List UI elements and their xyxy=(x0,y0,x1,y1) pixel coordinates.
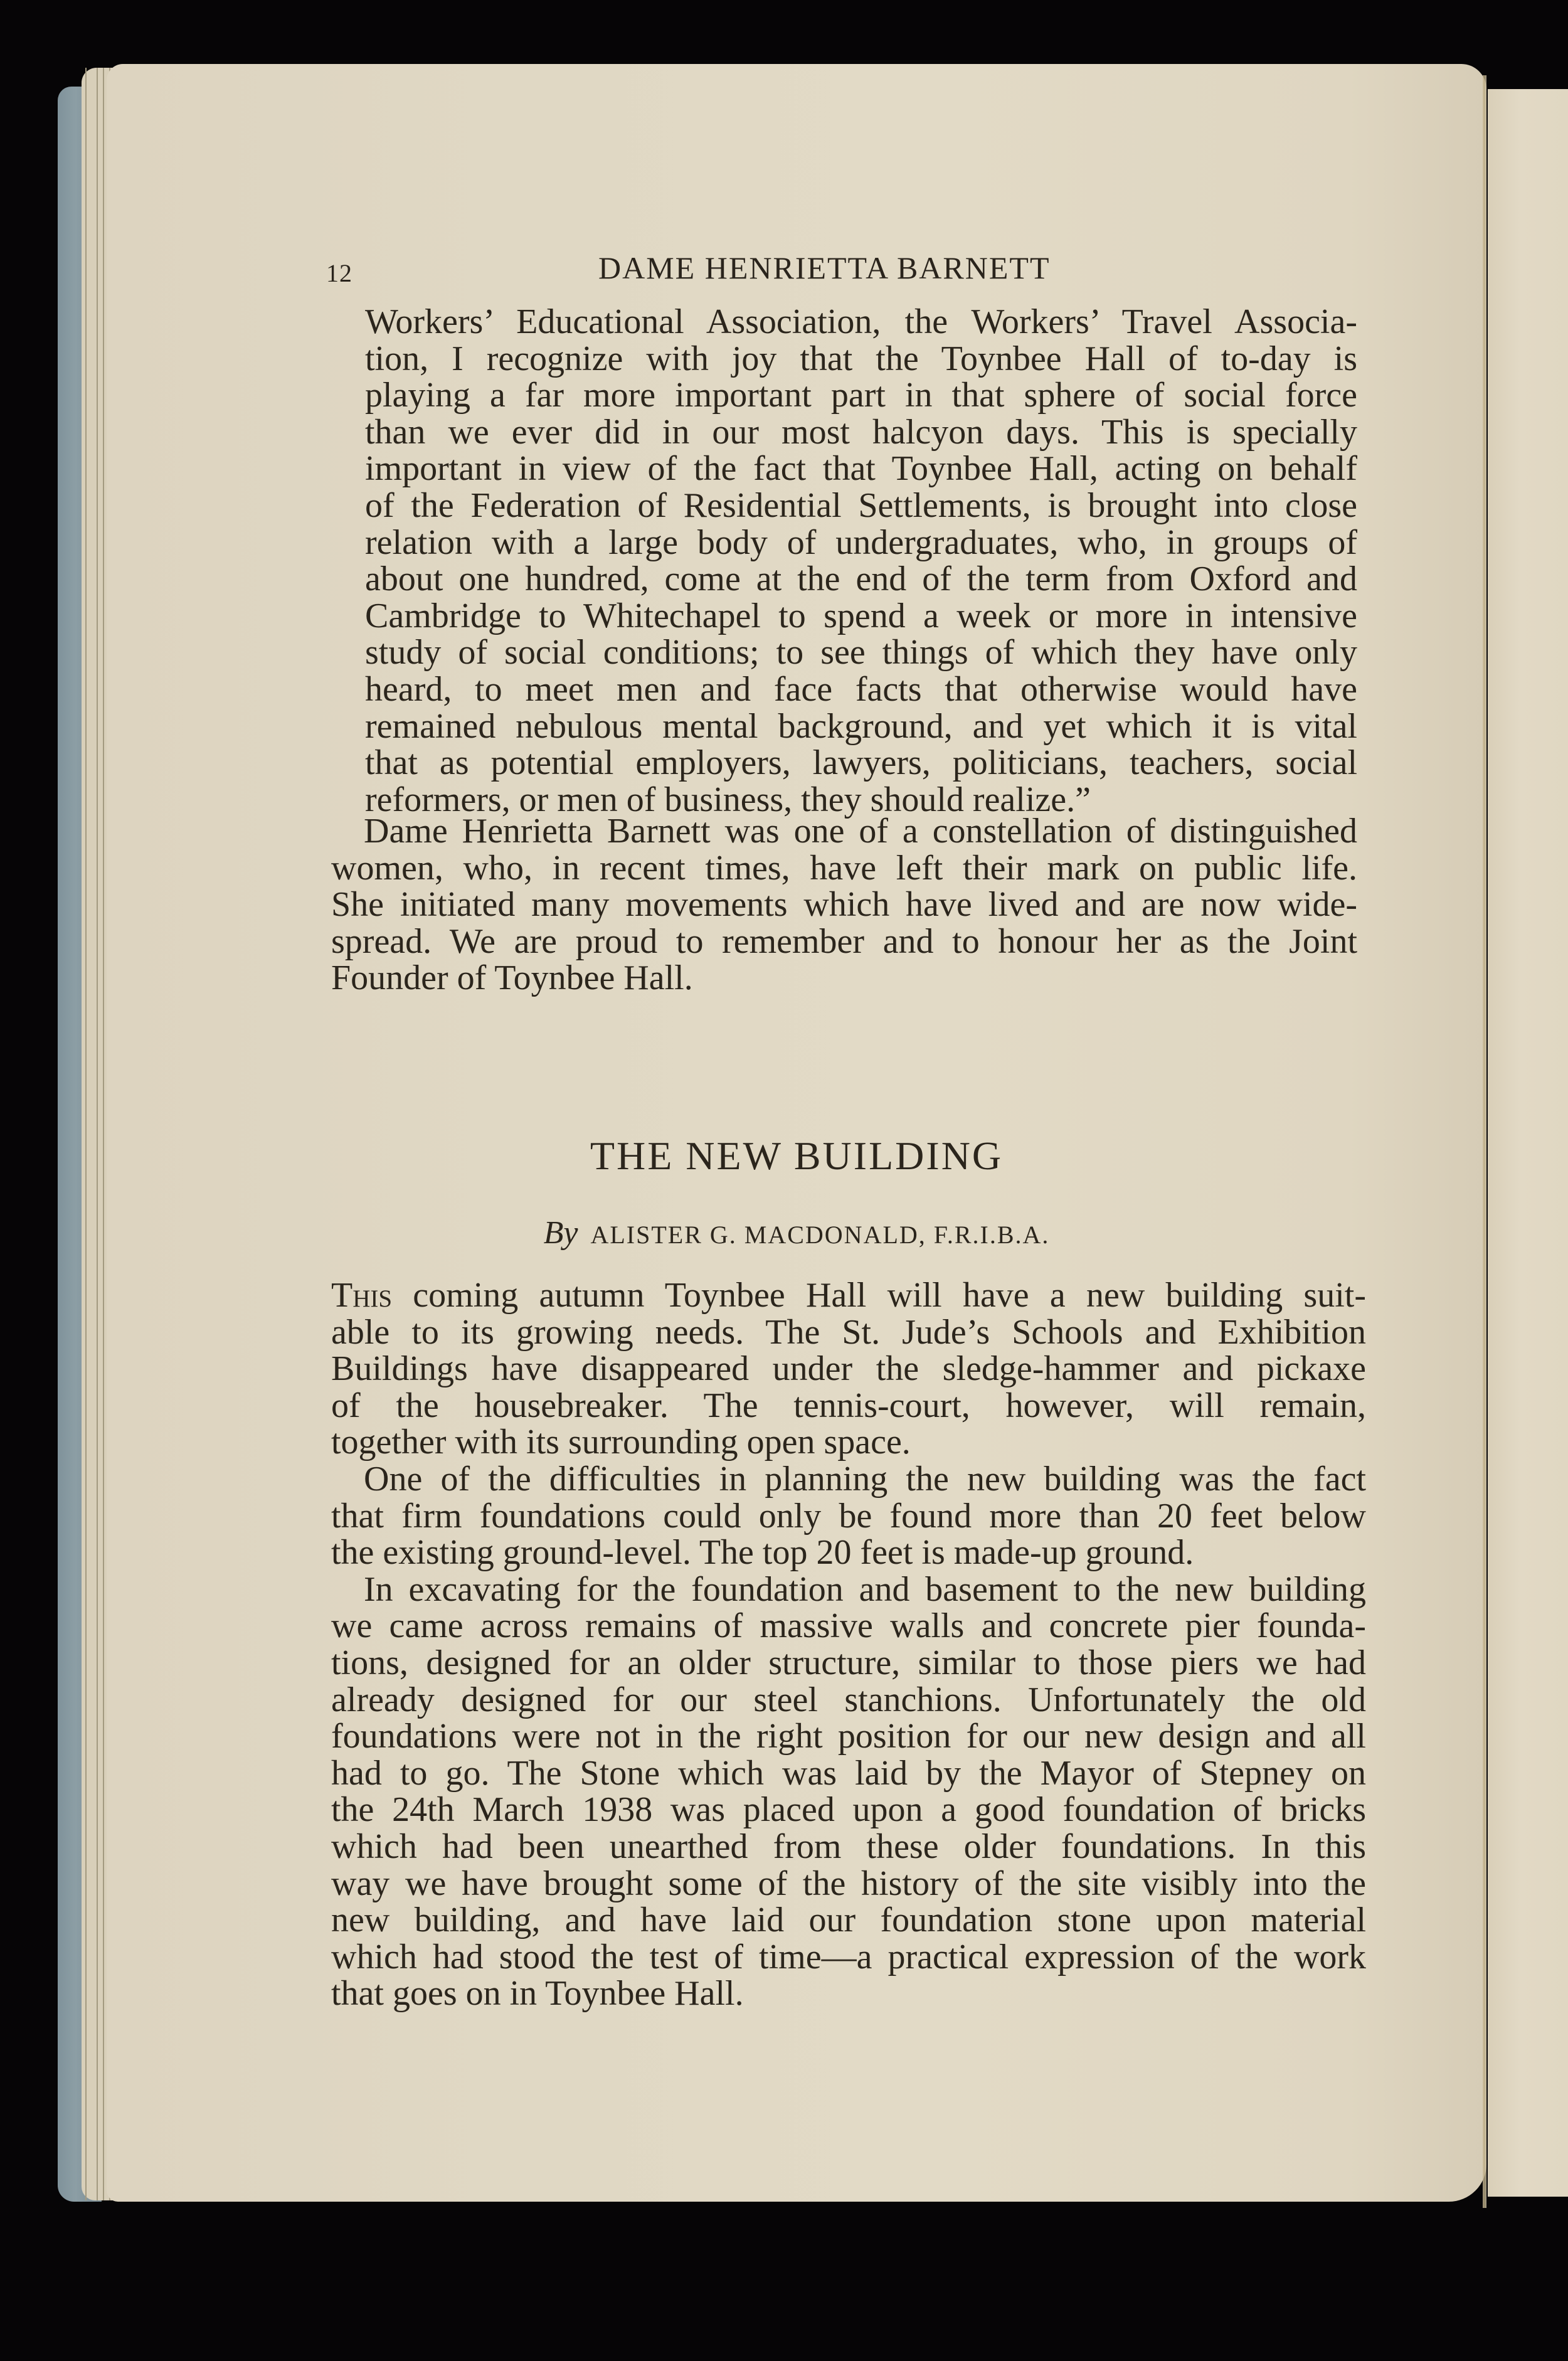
text-line: important in view of the fact that Toynb… xyxy=(365,450,1357,487)
text-line: new building, and have laid our foundati… xyxy=(331,1902,1366,1939)
text-line: women, who, in recent times, have left t… xyxy=(331,850,1357,887)
text-line: relation with a large body of undergradu… xyxy=(365,524,1357,561)
byline-author: ALISTER G. MACDONALD, F.R.I.B.A. xyxy=(590,1221,1049,1249)
text-line: than we ever did in our most halcyon day… xyxy=(365,414,1357,451)
running-head-title: DAME HENRIETTA BARNETT xyxy=(598,250,1051,286)
text-line: foundations were not in the right positi… xyxy=(331,1718,1366,1755)
text-line: Founder of Toynbee Hall. xyxy=(331,960,1357,997)
text-line: had to go. The Stone which was laid by t… xyxy=(331,1755,1366,1792)
text-line: way we have brought some of the history … xyxy=(331,1865,1366,1902)
lead-word: This xyxy=(331,1276,392,1315)
article-body: This coming autumn Toynbee Hall will hav… xyxy=(331,1277,1366,2012)
text-line: One of the difficulties in planning the … xyxy=(331,1461,1366,1498)
article-title: THE NEW BUILDING xyxy=(0,1133,1568,1179)
text-line: that goes on in Toynbee Hall. xyxy=(331,1975,1366,2012)
text-line: Cambridge to Whitechapel to spend a week… xyxy=(365,598,1357,635)
text-line: the 24th March 1938 was placed upon a go… xyxy=(331,1791,1366,1828)
text-line: which had been unearthed from these olde… xyxy=(331,1828,1366,1865)
continued-quote-paragraph: Workers’ Educational Association, the Wo… xyxy=(365,304,1357,818)
text-line: Buildings have disappeared under the sle… xyxy=(331,1350,1366,1387)
text-line: already designed for our steel stanchion… xyxy=(331,1682,1366,1719)
text-line: study of social conditions; to see thing… xyxy=(365,634,1357,671)
text-line: able to its growing needs. The St. Jude’… xyxy=(331,1314,1366,1351)
text-line: tions, designed for an older structure, … xyxy=(331,1645,1366,1682)
text-line: we came across remains of massive walls … xyxy=(331,1608,1366,1645)
text-line: which had stood the test of time—a pract… xyxy=(331,1939,1366,1976)
text-line: Workers’ Educational Association, the Wo… xyxy=(365,304,1357,341)
text-line: of the Federation of Residential Settlem… xyxy=(365,487,1357,524)
text-line: together with its surrounding open space… xyxy=(331,1424,1366,1461)
text-line: This coming autumn Toynbee Hall will hav… xyxy=(331,1277,1366,1314)
text-line-rest: coming autumn Toynbee Hall will have a n… xyxy=(392,1276,1366,1315)
text-line: tion, I recognize with joy that the Toyn… xyxy=(365,341,1357,378)
text-line: She initiated many movements which have … xyxy=(331,886,1357,923)
text-line: In excavating for the foundation and bas… xyxy=(331,1571,1366,1608)
text-line: Dame Henrietta Barnett was one of a cons… xyxy=(331,813,1357,850)
text-line: that as potential employers, lawyers, po… xyxy=(365,745,1357,782)
text-line: heard, to meet men and face facts that o… xyxy=(365,671,1357,708)
text-line: the existing ground-level. The top 20 fe… xyxy=(331,1534,1366,1571)
text-line: about one hundred, come at the end of th… xyxy=(365,561,1357,598)
text-line: remained nebulous mental background, and… xyxy=(365,708,1357,745)
article-byline: By ALISTER G. MACDONALD, F.R.I.B.A. xyxy=(0,1214,1568,1251)
book-scan: 12 DAME HENRIETTA BARNETT Workers’ Educa… xyxy=(0,0,1568,2361)
text-line: of the housebreaker. The tennis-court, h… xyxy=(331,1387,1366,1425)
text-line: playing a far more important part in tha… xyxy=(365,377,1357,414)
text-line: that firm foundations could only be foun… xyxy=(331,1498,1366,1535)
page-number: 12 xyxy=(326,258,352,288)
running-head: 12 DAME HENRIETTA BARNETT xyxy=(0,250,1568,287)
byline-prefix: By xyxy=(544,1215,578,1251)
closing-paragraph: Dame Henrietta Barnett was one of a cons… xyxy=(331,813,1357,997)
text-line: spread. We are proud to remember and to … xyxy=(331,923,1357,960)
